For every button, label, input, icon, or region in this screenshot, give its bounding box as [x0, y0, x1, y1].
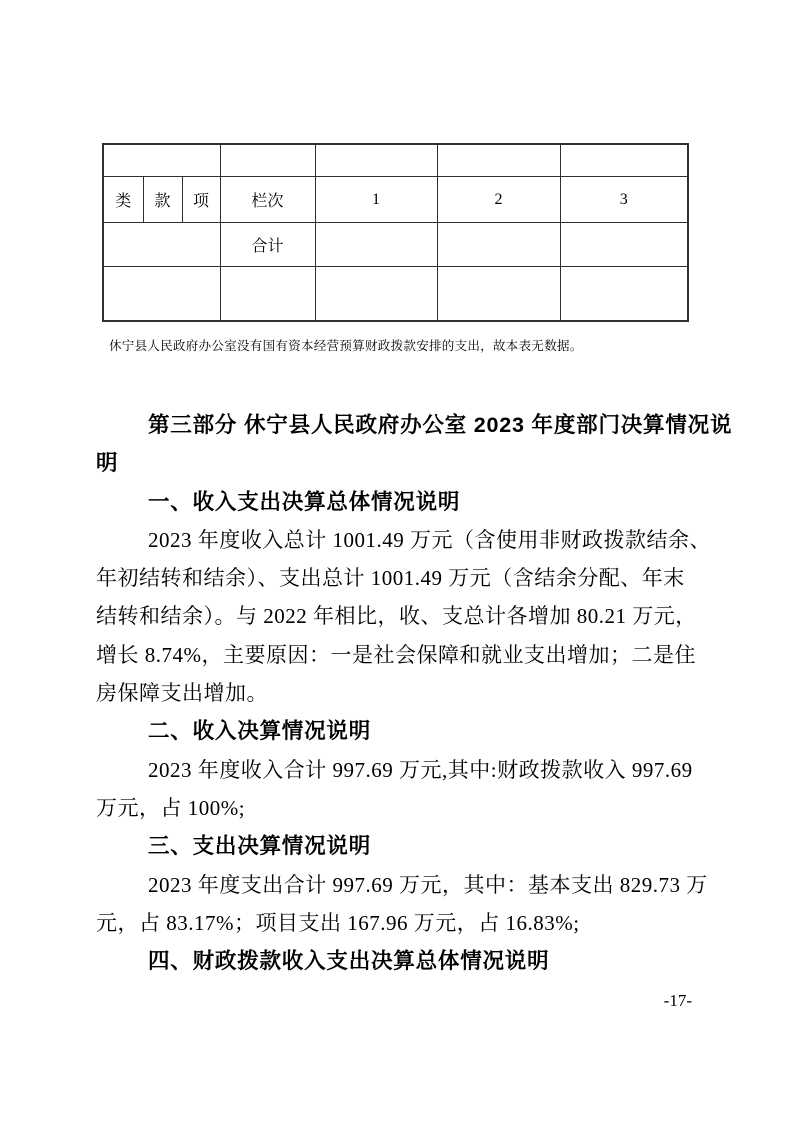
section-heading-line: 四、财政拨款收入支出决算总体情况说明 — [96, 942, 736, 980]
table-cell-empty — [560, 267, 688, 322]
state-capital-expenditure-table: 类 款 项 栏次 1 2 3 合计 — [102, 143, 689, 322]
paragraph-line: 2023 年度支出合计 997.69 万元，其中：基本支出 829.73 万 — [96, 866, 736, 904]
table-cell-empty — [315, 144, 437, 177]
table-cell-empty — [437, 144, 560, 177]
table-cell-empty — [220, 144, 315, 177]
table-cell-empty — [103, 144, 220, 177]
paragraph-line: 万元，占 100%; — [96, 789, 736, 827]
table-cell-empty — [103, 223, 220, 267]
table-cell-empty — [103, 267, 220, 322]
paragraph-line: 2023 年度收入合计 997.69 万元,其中:财政拨款收入 997.69 — [96, 751, 736, 789]
table-total-row: 合计 — [103, 223, 688, 267]
table-cell-empty — [437, 267, 560, 322]
header-cell-col3: 3 — [560, 177, 688, 223]
section-heading-line: 一、收入支出决算总体情况说明 — [96, 483, 736, 521]
header-cell-col2: 2 — [437, 177, 560, 223]
table-cell-empty — [220, 267, 315, 322]
table-row — [103, 267, 688, 322]
table-cell-empty — [315, 267, 437, 322]
section-heading-line: 二、收入决算情况说明 — [96, 712, 736, 750]
table-cell-empty — [560, 223, 688, 267]
table-row — [103, 144, 688, 177]
section-heading-line: 第三部分 休宁县人民政府办公室 2023 年度部门决算情况说 — [96, 406, 736, 444]
header-cell-col1: 1 — [315, 177, 437, 223]
section-heading-line: 三、支出决算情况说明 — [96, 827, 736, 865]
total-label-cell: 合计 — [220, 223, 315, 267]
section-heading-line: 明 — [96, 444, 736, 482]
paragraph-line: 结转和结余）。与 2022 年相比，收、支总计各增加 80.21 万元， — [96, 597, 736, 635]
header-cell-item: 项 — [182, 177, 220, 223]
paragraph-line: 年初结转和结余）、支出总计 1001.49 万元（含结余分配、年末 — [96, 559, 736, 597]
page-number: -17- — [664, 991, 692, 1011]
report-text-block: 第三部分 休宁县人民政府办公室 2023 年度部门决算情况说明一、收入支出决算总… — [96, 406, 736, 980]
table-note: 休宁县人民政府办公室没有国有资本经营预算财政拨款安排的支出，故本表无数据。 — [109, 336, 709, 354]
paragraph-line: 房保障支出增加。 — [96, 674, 736, 712]
header-cell-section: 款 — [143, 177, 182, 223]
paragraph-line: 增长 8.74%，主要原因：一是社会保障和就业支出增加；二是住 — [96, 636, 736, 674]
table-header-row: 类 款 项 栏次 1 2 3 — [103, 177, 688, 223]
paragraph-line: 元，占 83.17%；项目支出 167.96 万元，占 16.83%; — [96, 904, 736, 942]
paragraph-line: 2023 年度收入总计 1001.49 万元（含使用非财政拨款结余、 — [96, 521, 736, 559]
header-cell-class: 类 — [103, 177, 143, 223]
document-page: 类 款 项 栏次 1 2 3 合计 — [0, 0, 793, 1122]
table-cell-empty — [315, 223, 437, 267]
table-cell-empty — [437, 223, 560, 267]
table-cell-empty — [560, 144, 688, 177]
header-cell-column-index: 栏次 — [220, 177, 315, 223]
